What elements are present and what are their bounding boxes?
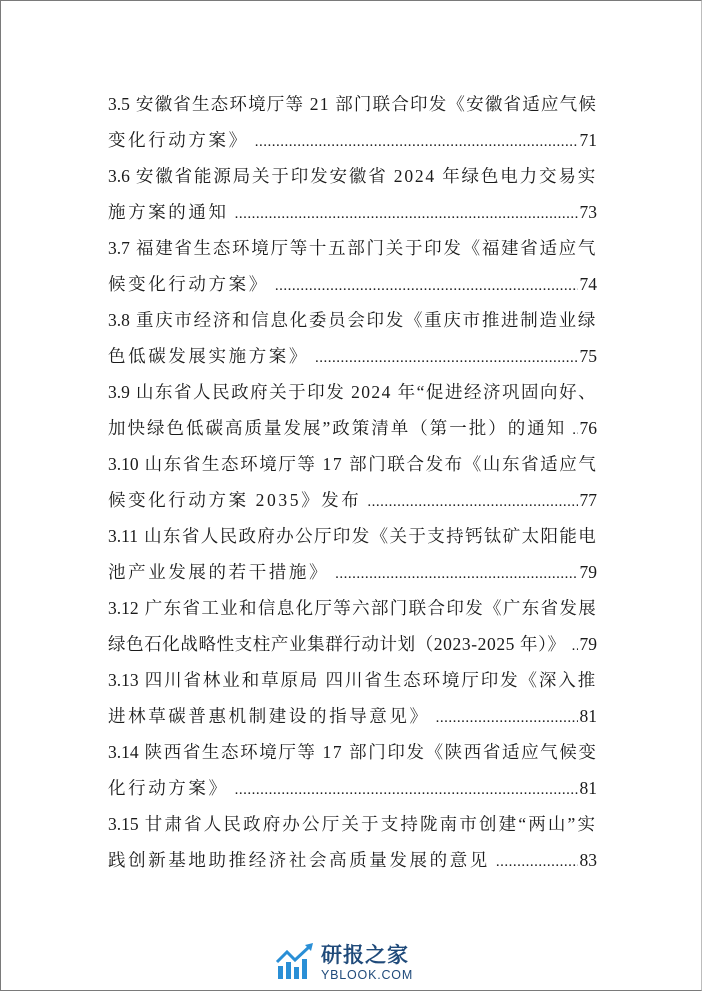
toc-entry-continuation-line: 色低碳发展实施方案》75 [108, 338, 597, 374]
toc-entry-number: 3.12 [108, 598, 139, 618]
dot-leader [367, 484, 577, 518]
toc-entry-continuation-line: 加快绿色低碳高质量发展”政策清单（第一批）的通知76 [108, 410, 597, 446]
brand-name-cn: 研报之家 [321, 945, 413, 966]
toc-entry-title-cont: 绿色石化战略性支柱产业集群行动计划（2023-2025 年）》 [108, 626, 566, 662]
toc-entry-title-cont: 加快绿色低碳高质量发展”政策清单（第一批）的通知 [108, 410, 566, 446]
toc-entry-continuation-line: 化行动方案》81 [108, 770, 597, 806]
toc-entry[interactable]: 3.8重庆市经济和信息化委员会印发《重庆市推进制造业绿色低碳发展实施方案》75 [108, 302, 597, 374]
toc-entry-title-cont: 候变化行动方案》 [108, 266, 269, 302]
toc-entry-title-cont: 色低碳发展实施方案》 [108, 338, 309, 374]
watermark-logo: 研报之家 YBLOOK.COM [275, 941, 435, 985]
toc-entry-title-line: 3.15甘肃省人民政府办公厅关于支持陇南市创建“两山”实 [108, 806, 597, 842]
dot-leader [315, 340, 578, 374]
dot-leader [235, 772, 578, 806]
toc-entry-title-line: 3.14陕西省生态环境厅等 17 部门印发《陕西省适应气候变 [108, 734, 597, 770]
toc-entry-title-line: 3.11山东省人民政府办公厅印发《关于支持钙钛矿太阳能电 [108, 518, 597, 554]
toc-entry-title: 甘肃省人民政府办公厅关于支持陇南市创建“两山”实 [145, 814, 597, 834]
toc-entry-page[interactable]: 83 [580, 842, 598, 878]
toc-entry-continuation-line: 候变化行动方案 2035》发布77 [108, 482, 597, 518]
toc-entry-title-line: 3.6安徽省能源局关于印发安徽省 2024 年绿色电力交易实 [108, 158, 597, 194]
toc-entry-title-line: 3.9山东省人民政府关于印发 2024 年“促进经济巩固向好、 [108, 374, 597, 410]
dot-leader [335, 556, 577, 590]
toc-entry-continuation-line: 变化行动方案》71 [108, 122, 597, 158]
toc-entry-number: 3.5 [108, 94, 130, 114]
toc-entry[interactable]: 3.5安徽省生态环境厅等 21 部门联合印发《安徽省适应气候变化行动方案》71 [108, 86, 597, 158]
toc-entry[interactable]: 3.11山东省人民政府办公厅印发《关于支持钙钛矿太阳能电池产业发展的若干措施》7… [108, 518, 597, 590]
toc-entry-page[interactable]: 76 [580, 410, 598, 446]
toc-entry-title-cont: 施方案的通知 [108, 194, 229, 230]
dot-leader [275, 268, 578, 302]
toc-entry[interactable]: 3.15甘肃省人民政府办公厅关于支持陇南市创建“两山”实践创新基地助推经济社会高… [108, 806, 597, 878]
toc-entry-title-line: 3.13四川省林业和草原局 四川省生态环境厅印发《深入推 [108, 662, 597, 698]
dot-leader [496, 844, 578, 878]
toc-entry-page[interactable]: 81 [580, 698, 598, 734]
toc-entry-number: 3.9 [108, 382, 130, 402]
toc-entry[interactable]: 3.9山东省人民政府关于印发 2024 年“促进经济巩固向好、加快绿色低碳高质量… [108, 374, 597, 446]
document-page: 3.5安徽省生态环境厅等 21 部门联合印发《安徽省适应气候变化行动方案》713… [0, 0, 702, 991]
toc-entry[interactable]: 3.14陕西省生态环境厅等 17 部门印发《陕西省适应气候变化行动方案》81 [108, 734, 597, 806]
toc-entry[interactable]: 3.6安徽省能源局关于印发安徽省 2024 年绿色电力交易实施方案的通知73 [108, 158, 597, 230]
toc-entry-page[interactable]: 75 [580, 338, 598, 374]
toc-entry-page[interactable]: 79 [580, 626, 598, 662]
toc-entry-title: 广东省工业和信息化厅等六部门联合印发《广东省发展 [145, 598, 597, 618]
dot-leader [572, 412, 577, 446]
toc-entry-page[interactable]: 81 [580, 770, 598, 806]
toc-entry-number: 3.8 [108, 310, 130, 330]
bar-chart-growth-icon [275, 942, 315, 985]
toc-entry-title: 山东省生态环境厅等 17 部门联合发布《山东省适应气 [145, 454, 597, 474]
toc-entry-title-line: 3.12广东省工业和信息化厅等六部门联合印发《广东省发展 [108, 590, 597, 626]
toc-entry-number: 3.7 [108, 238, 130, 258]
toc-entry-continuation-line: 绿色石化战略性支柱产业集群行动计划（2023-2025 年）》79 [108, 626, 597, 662]
table-of-contents: 3.5安徽省生态环境厅等 21 部门联合印发《安徽省适应气候变化行动方案》713… [108, 86, 597, 878]
toc-entry-page[interactable]: 77 [580, 482, 598, 518]
toc-entry-number: 3.14 [108, 742, 139, 762]
toc-entry-number: 3.13 [108, 670, 139, 690]
dot-leader [235, 196, 578, 230]
toc-entry-title: 重庆市经济和信息化委员会印发《重庆市推进制造业绿 [136, 310, 597, 330]
toc-entry-page[interactable]: 71 [580, 122, 598, 158]
toc-entry-title-line: 3.7福建省生态环境厅等十五部门关于印发《福建省适应气 [108, 230, 597, 266]
toc-entry-title: 安徽省生态环境厅等 21 部门联合印发《安徽省适应气候 [136, 94, 597, 114]
toc-entry-number: 3.15 [108, 814, 139, 834]
toc-entry-title: 福建省生态环境厅等十五部门关于印发《福建省适应气 [136, 238, 597, 258]
dot-leader [255, 124, 578, 158]
toc-entry-continuation-line: 池产业发展的若干措施》79 [108, 554, 597, 590]
toc-entry-number: 3.11 [108, 526, 138, 546]
toc-entry-title-cont: 化行动方案》 [108, 770, 229, 806]
toc-entry-title-cont: 变化行动方案》 [108, 122, 249, 158]
toc-entry-title-cont: 践创新基地助推经济社会高质量发展的意见 [108, 842, 490, 878]
toc-entry-title-cont: 候变化行动方案 2035》发布 [108, 482, 361, 518]
toc-entry-number: 3.6 [108, 166, 130, 186]
toc-entry-continuation-line: 践创新基地助推经济社会高质量发展的意见83 [108, 842, 597, 878]
toc-entry-title-line: 3.5安徽省生态环境厅等 21 部门联合印发《安徽省适应气候 [108, 86, 597, 122]
toc-entry-title-line: 3.10山东省生态环境厅等 17 部门联合发布《山东省适应气 [108, 446, 597, 482]
toc-entry-title: 安徽省能源局关于印发安徽省 2024 年绿色电力交易实 [136, 166, 597, 186]
toc-entry[interactable]: 3.7福建省生态环境厅等十五部门关于印发《福建省适应气候变化行动方案》74 [108, 230, 597, 302]
toc-entry-title: 山东省人民政府办公厅印发《关于支持钙钛矿太阳能电 [144, 526, 597, 546]
toc-entry-title-line: 3.8重庆市经济和信息化委员会印发《重庆市推进制造业绿 [108, 302, 597, 338]
toc-entry-title: 陕西省生态环境厅等 17 部门印发《陕西省适应气候变 [145, 742, 597, 762]
toc-entry-title: 四川省林业和草原局 四川省生态环境厅印发《深入推 [145, 670, 597, 690]
dot-leader [436, 700, 578, 734]
toc-entry-title-cont: 池产业发展的若干措施》 [108, 554, 329, 590]
toc-entry-continuation-line: 候变化行动方案》74 [108, 266, 597, 302]
toc-entry-page[interactable]: 73 [580, 194, 598, 230]
toc-entry[interactable]: 3.12广东省工业和信息化厅等六部门联合印发《广东省发展绿色石化战略性支柱产业集… [108, 590, 597, 662]
toc-entry-continuation-line: 进林草碳普惠机制建设的指导意见》81 [108, 698, 597, 734]
toc-entry-title-cont: 进林草碳普惠机制建设的指导意见》 [108, 698, 430, 734]
toc-entry-number: 3.10 [108, 454, 139, 474]
toc-entry-title: 山东省人民政府关于印发 2024 年“促进经济巩固向好、 [136, 382, 597, 402]
toc-entry-page[interactable]: 79 [580, 554, 598, 590]
toc-entry-page[interactable]: 74 [580, 266, 598, 302]
brand-name-en: YBLOOK.COM [321, 969, 413, 982]
toc-entry-continuation-line: 施方案的通知73 [108, 194, 597, 230]
toc-entry[interactable]: 3.13四川省林业和草原局 四川省生态环境厅印发《深入推进林草碳普惠机制建设的指… [108, 662, 597, 734]
toc-entry[interactable]: 3.10山东省生态环境厅等 17 部门联合发布《山东省适应气候变化行动方案 20… [108, 446, 597, 518]
dot-leader [572, 628, 578, 662]
